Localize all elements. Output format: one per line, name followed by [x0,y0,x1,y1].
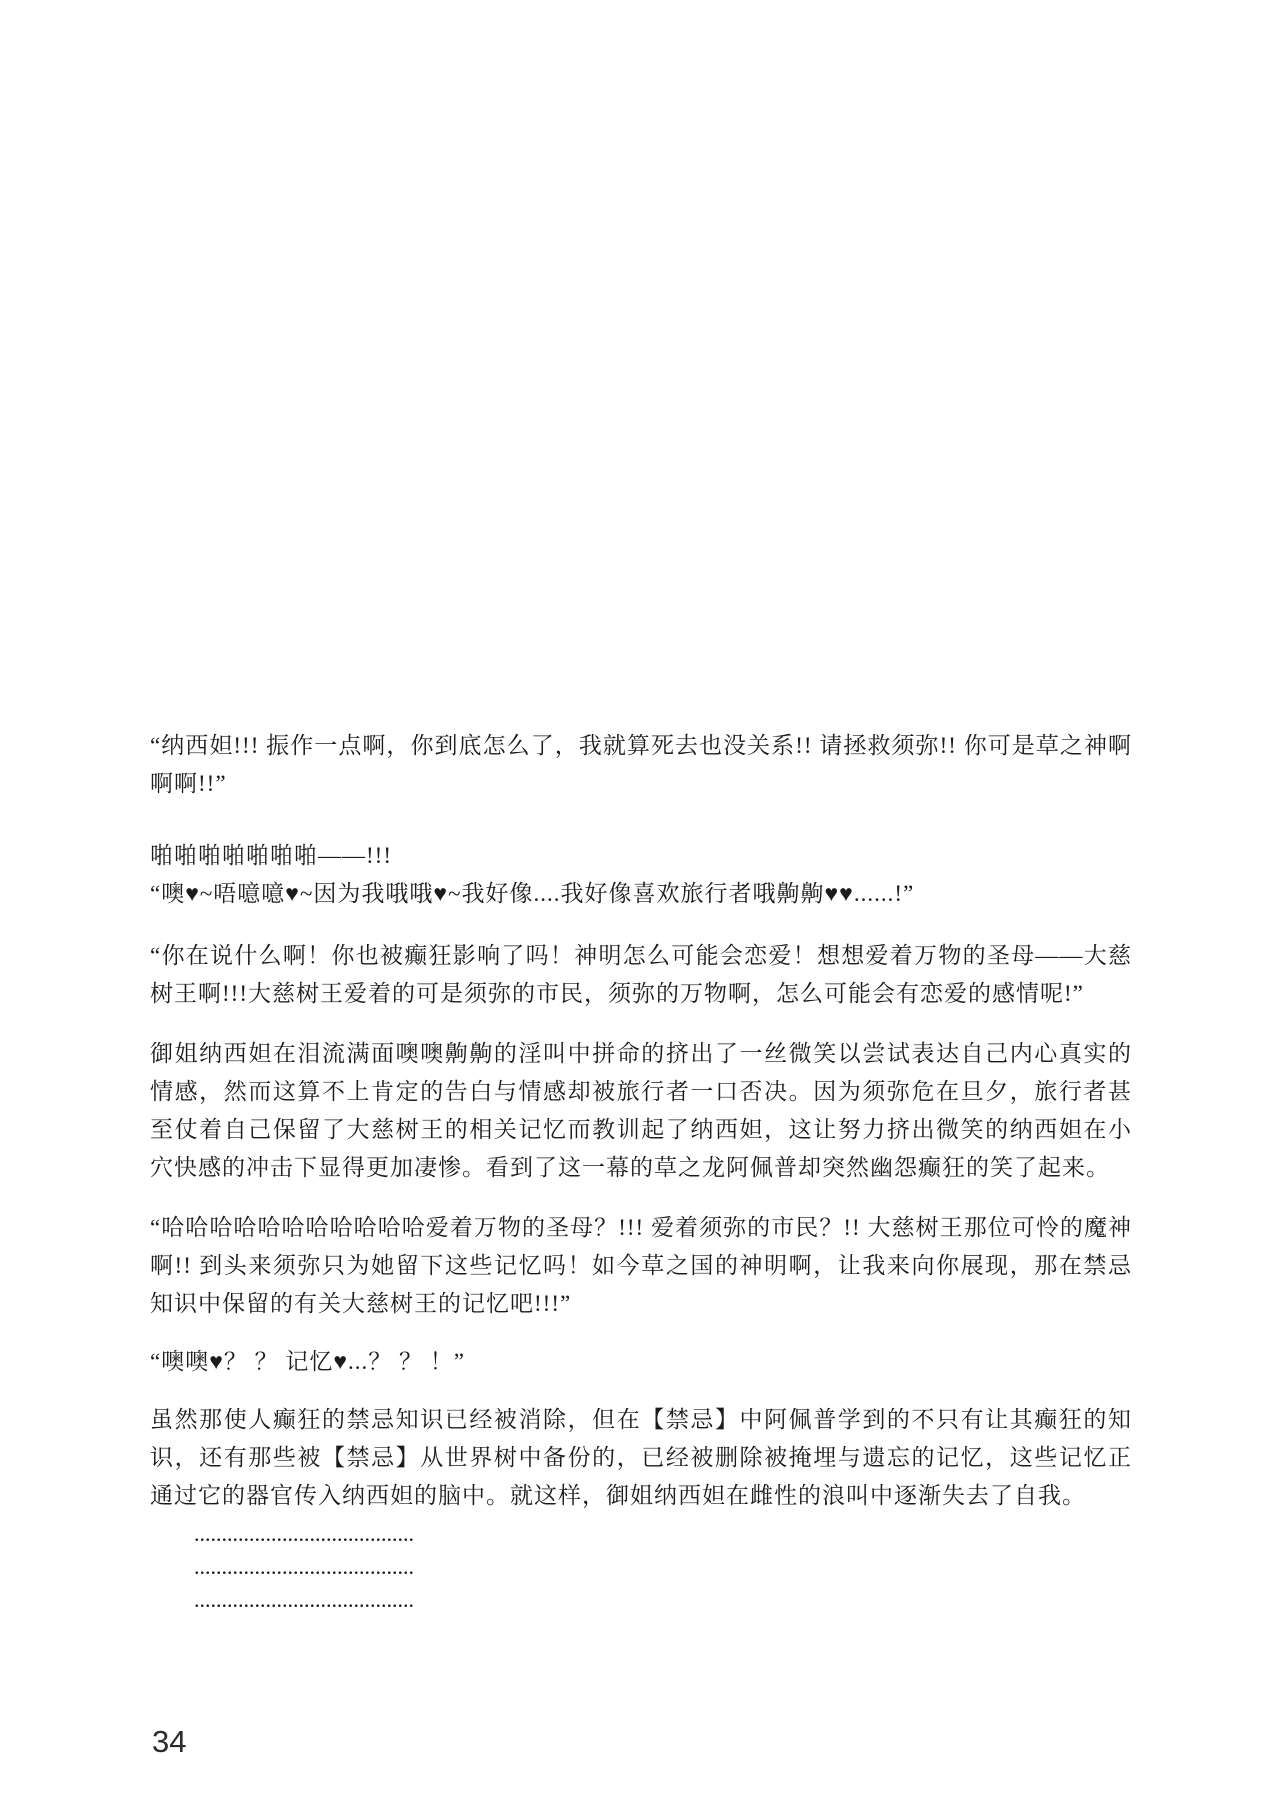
ellipsis-line: ........................................ [194,1583,1132,1616]
paragraph-dialogue-2: “噢♥~唔噫噫♥~因为我哦哦♥~我好像....我好像喜欢旅行者哦齁齁♥♥....… [150,875,1132,913]
paragraph-narration-2: 虽然那使人癫狂的禁忌知识已经被消除，但在【禁忌】中阿佩普学到的不只有让其癫狂的知… [150,1401,1132,1515]
paragraph-dialogue-4: “哈哈哈哈哈哈哈哈哈哈哈爱着万物的圣母？!!! 爱着须弥的市民？!! 大慈树王那… [150,1209,1132,1323]
story-text-block: “纳西妲!!! 振作一点啊，你到底怎么了，我就算死去也没关系!! 请拯救须弥!!… [150,727,1132,1616]
paragraph-dialogue-3: “你在说什么啊！你也被癫狂影响了吗！神明怎么可能会恋爱！想想爱着万物的圣母——大… [150,937,1132,1013]
paragraph-sfx: 啪啪啪啪啪啪啪——!!! [150,837,1132,875]
ellipsis-line: ........................................ [194,1550,1132,1583]
document-page: “纳西妲!!! 振作一点啊，你到底怎么了，我就算死去也没关系!! 请拯救须弥!!… [0,0,1280,1810]
paragraph-dialogue-5: “噢噢♥？ ？ 记忆♥...？ ？ ！” [150,1343,1132,1381]
paragraph-narration-1: 御姐纳西妲在泪流满面噢噢齁齁的淫叫中拼命的挤出了一丝微笑以尝试表达自己内心真实的… [150,1035,1132,1187]
paragraph-dialogue-1: “纳西妲!!! 振作一点啊，你到底怎么了，我就算死去也没关系!! 请拯救须弥!!… [150,727,1132,803]
page-number: 34 [152,1724,186,1760]
ellipsis-line: ........................................ [194,1517,1132,1550]
